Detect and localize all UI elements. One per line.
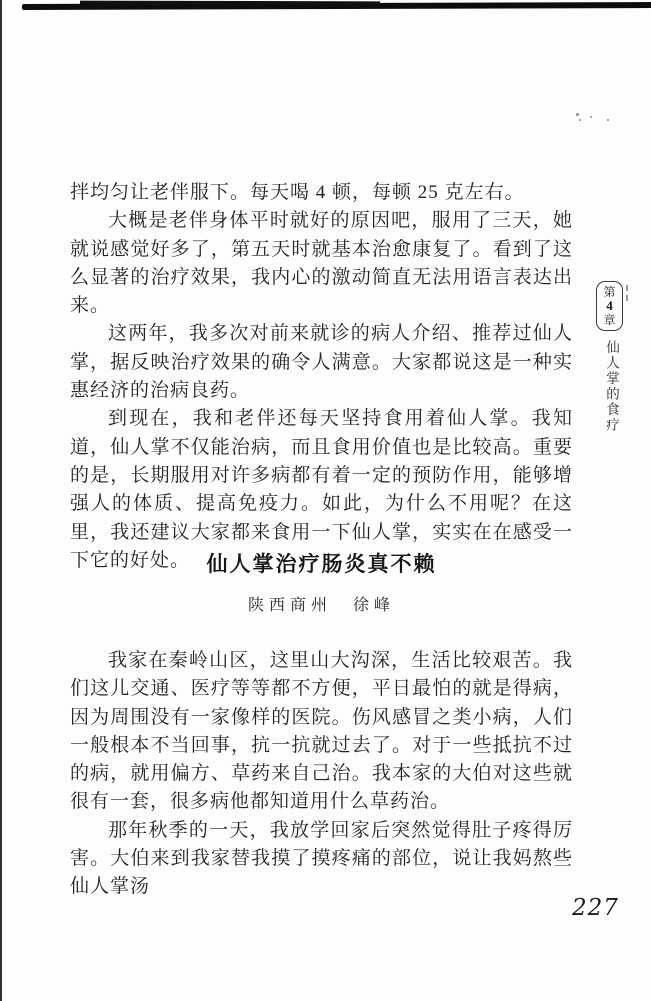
scan-speck [579,119,581,121]
scan-speck [607,119,609,121]
paragraph: 大概是老伴身体平时就好的原因吧，服用了三天，她就说感觉好多了，第五天时就基本治愈… [70,207,573,320]
paragraph: 拌均匀让老伴服下。每天喝 4 顿，每顿 25 克左右。 [70,179,573,207]
section-title: 仙人掌治疗肠炎真不赖 [70,548,573,578]
book-page: 拌均匀让老伴服下。每天喝 4 顿，每顿 25 克左右。 大概是老伴身体平时就好的… [0,0,651,1001]
chapter-badge-suffix: 章 [603,313,615,327]
scan-top-edge-fragment [80,1,380,6]
chapter-title-vertical: 仙人掌的食疗 [601,340,621,440]
paragraph: 那年秋季的一天，我放学回家后突然觉得肚子疼得厉害。大伯来到我家替我摸了摸疼痛的部… [70,817,573,902]
scan-left-edge-line [0,0,2,1001]
body-text-lower: 我家在秦岭山区，这里山大沟深，生活比较艰苦。我们这儿交通、医疗等等都不方便，平日… [70,647,573,902]
chapter-badge-prefix: 第 [603,285,615,299]
scan-speck [590,116,592,118]
scan-speck [576,113,579,116]
scan-dash-artifact [626,285,628,301]
chapter-badge-number: 4 [606,299,613,313]
chapter-number-badge: 第 4 章 [596,281,623,331]
paragraph: 这两年，我多次对前来就诊的病人介绍、推荐过仙人掌，据反映治疗效果的确令人满意。大… [70,320,573,405]
author-byline: 陕西商州 徐峰 [70,592,573,615]
body-text-upper: 拌均匀让老伴服下。每天喝 4 顿，每顿 25 克左右。 大概是老伴身体平时就好的… [70,179,573,575]
paragraph: 我家在秦岭山区，这里山大沟深，生活比较艰苦。我们这儿交通、医疗等等都不方便，平日… [70,647,573,817]
page-number: 227 [572,895,619,921]
